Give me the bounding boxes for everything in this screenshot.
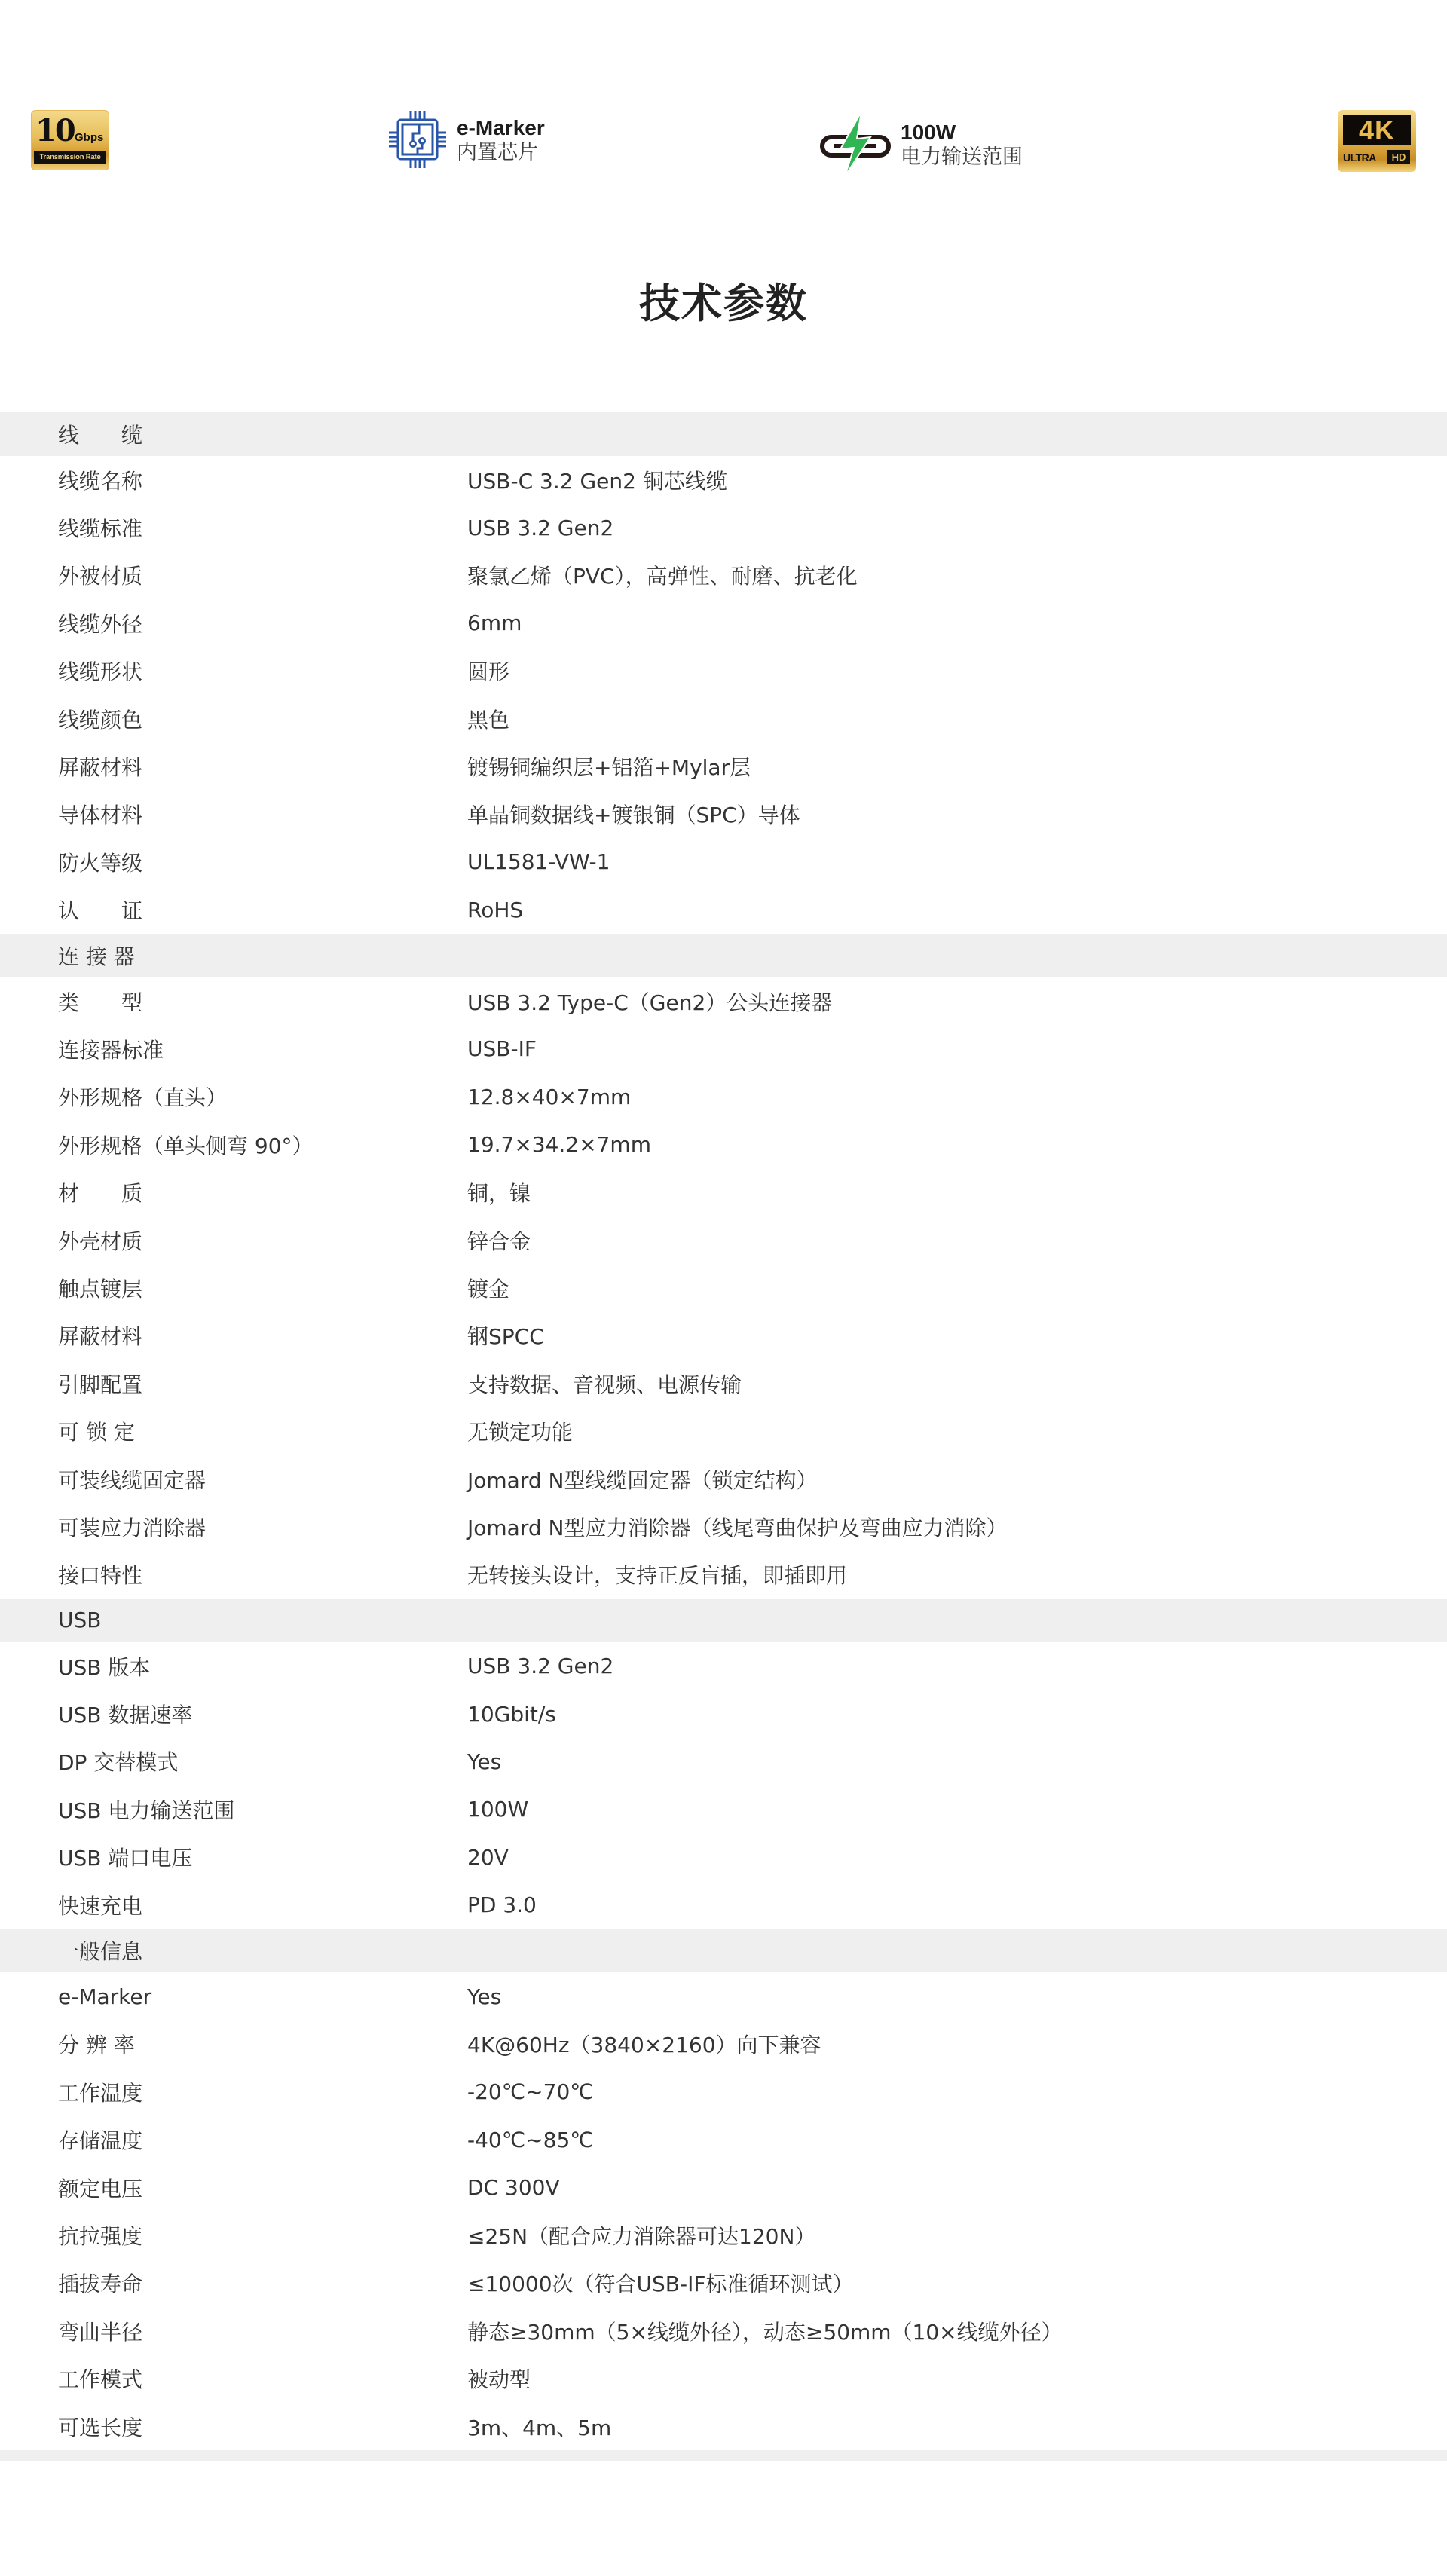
table-row: 可装线缆固定器Jomard N型线缆固定器（锁定结构） bbox=[0, 1455, 1447, 1503]
spec-value: 3m、4m、5m bbox=[467, 2412, 611, 2442]
table-row: 插拔寿命≤10000次（符合USB-IF标准循环测试） bbox=[0, 2259, 1447, 2307]
spec-value: Yes bbox=[467, 1984, 501, 2009]
charging-bolt-icon bbox=[818, 110, 893, 181]
table-row: DP 交替模式Yes bbox=[0, 1738, 1447, 1785]
table-row: 屏蔽材料镀锡铜编织层+铝箔+Mylar层 bbox=[0, 742, 1447, 790]
spec-label: 屏蔽材料 bbox=[0, 1320, 467, 1351]
spec-label: 可装应力消除器 bbox=[0, 1512, 467, 1542]
badge-4k-main: 4K bbox=[1343, 115, 1411, 145]
spec-value: 静态≥30mm（5×线缆外径），动态≥50mm（10×线缆外径） bbox=[467, 2316, 1063, 2346]
table-row: 抗拉强度≤25N（配合应力消除器可达120N） bbox=[0, 2211, 1447, 2259]
table-row: 可装应力消除器Jomard N型应力消除器（线尾弯曲保护及弯曲应力消除） bbox=[0, 1503, 1447, 1550]
spec-label: 快速充电 bbox=[0, 1890, 467, 1920]
spec-label: 材 质 bbox=[0, 1177, 467, 1207]
section-header-cable: 线 缆 bbox=[0, 412, 1447, 456]
chip-icon bbox=[386, 108, 449, 174]
spec-label: USB 端口电压 bbox=[0, 1842, 467, 1872]
spec-label: 接口特性 bbox=[0, 1559, 467, 1589]
spec-label: 线缆外径 bbox=[0, 608, 467, 638]
table-row: 线缆颜色黑色 bbox=[0, 695, 1447, 742]
spec-value: ≤10000次（符合USB-IF标准循环测试） bbox=[467, 2268, 853, 2298]
feature-power: 100W 电力输送范围 bbox=[818, 110, 1023, 181]
spec-label: 导体材料 bbox=[0, 799, 467, 829]
spec-value: 20V bbox=[467, 1845, 509, 1870]
spec-value: UL1581-VW-1 bbox=[467, 849, 610, 874]
table-row: 外形规格（单头侧弯 90°）19.7×34.2×7mm bbox=[0, 1121, 1447, 1168]
emarker-subtitle: 内置芯片 bbox=[457, 140, 545, 166]
spec-label: 引脚配置 bbox=[0, 1369, 467, 1399]
spec-value: 黑色 bbox=[467, 704, 509, 734]
spec-label: 可装线缆固定器 bbox=[0, 1464, 467, 1495]
spec-label: 插拔寿命 bbox=[0, 2268, 467, 2298]
spec-value: -20℃~70℃ bbox=[467, 2079, 594, 2104]
spec-label: DP 交替模式 bbox=[0, 1746, 467, 1776]
spec-value: 10Gbit/s bbox=[467, 1702, 556, 1727]
spec-table: 线 缆 线缆名称USB-C 3.2 Gen2 铜芯线缆 线缆标准USB 3.2 … bbox=[0, 412, 1447, 2461]
table-row: 可 锁 定无锁定功能 bbox=[0, 1407, 1447, 1455]
spec-value: 镀锡铜编织层+铝箔+Mylar层 bbox=[467, 751, 751, 782]
spec-value: USB-C 3.2 Gen2 铜芯线缆 bbox=[467, 465, 727, 495]
emarker-title: e-Marker bbox=[457, 116, 545, 140]
spec-label: 抗拉强度 bbox=[0, 2220, 467, 2250]
spec-value: 圆形 bbox=[467, 656, 509, 686]
table-row: 引脚配置支持数据、音视频、电源传输 bbox=[0, 1360, 1447, 1407]
table-row: 导体材料单晶铜数据线+镀银铜（SPC）导体 bbox=[0, 791, 1447, 838]
spec-label: 线缆标准 bbox=[0, 512, 467, 543]
feature-badges: 10 Gbps Transmission Rate bbox=[0, 0, 1447, 226]
table-row: 工作温度-20℃~70℃ bbox=[0, 2068, 1447, 2116]
badge-speed-number: 10 bbox=[35, 115, 75, 148]
spec-value: RoHS bbox=[467, 898, 523, 922]
spec-value: ≤25N（配合应力消除器可达120N） bbox=[467, 2220, 815, 2250]
table-row: 认 证RoHS bbox=[0, 886, 1447, 934]
table-row: 接口特性无转接头设计，支持正反盲插，即插即用 bbox=[0, 1551, 1447, 1599]
spec-value: 4K@60Hz（3840×2160）向下兼容 bbox=[467, 2029, 821, 2059]
spec-value: 钢SPCC bbox=[467, 1320, 544, 1351]
table-row: 线缆外径6mm bbox=[0, 599, 1447, 647]
badge-speed-unit: Gbps bbox=[75, 131, 103, 144]
page-title: 技术参数 bbox=[0, 271, 1447, 329]
table-row: 触点镀层镀金 bbox=[0, 1264, 1447, 1311]
spec-value: DC 300V bbox=[467, 2175, 560, 2200]
spec-label: 额定电压 bbox=[0, 2173, 467, 2203]
feature-emarker: e-Marker 内置芯片 bbox=[386, 108, 545, 174]
emarker-text: e-Marker 内置芯片 bbox=[457, 116, 545, 166]
spec-label: 外形规格（直头） bbox=[0, 1081, 467, 1112]
spec-label: 弯曲半径 bbox=[0, 2316, 467, 2346]
table-row: 连接器标准USB-IF bbox=[0, 1025, 1447, 1072]
spec-value: USB 3.2 Type-C（Gen2）公头连接器 bbox=[467, 987, 832, 1017]
table-row: 线缆名称USB-C 3.2 Gen2 铜芯线缆 bbox=[0, 456, 1447, 503]
table-row: 防火等级UL1581-VW-1 bbox=[0, 838, 1447, 886]
badge-speed-caption: Transmission Rate bbox=[34, 151, 106, 164]
spec-value: 支持数据、音视频、电源传输 bbox=[467, 1369, 742, 1399]
section-header-connector: 连 接 器 bbox=[0, 934, 1447, 977]
spec-value: 6mm bbox=[467, 610, 522, 635]
spec-label: 触点镀层 bbox=[0, 1273, 467, 1303]
table-row: 外形规格（直头）12.8×40×7mm bbox=[0, 1073, 1447, 1121]
table-row: 弯曲半径静态≥30mm（5×线缆外径），动态≥50mm（10×线缆外径） bbox=[0, 2307, 1447, 2354]
table-row: e-MarkerYes bbox=[0, 1972, 1447, 2020]
table-row: 外壳材质锌合金 bbox=[0, 1216, 1447, 1264]
spec-value: PD 3.0 bbox=[467, 1892, 537, 1917]
section-header-usb: USB bbox=[0, 1599, 1447, 1642]
table-row: 可选长度3m、4m、5m bbox=[0, 2403, 1447, 2450]
table-row: 存储温度-40℃~85℃ bbox=[0, 2116, 1447, 2164]
table-row: 分 辨 率4K@60Hz（3840×2160）向下兼容 bbox=[0, 2021, 1447, 2068]
spec-label: 分 辨 率 bbox=[0, 2029, 467, 2059]
spec-label: 存储温度 bbox=[0, 2125, 467, 2155]
spec-value: 单晶铜数据线+镀银铜（SPC）导体 bbox=[467, 799, 800, 829]
spec-value: 锌合金 bbox=[467, 1225, 531, 1256]
badge-4k-ultra-hd: 4K ULTRA HD bbox=[1338, 110, 1416, 172]
spec-label: 屏蔽材料 bbox=[0, 751, 467, 782]
spec-label: 外被材质 bbox=[0, 560, 467, 590]
spec-label: 认 证 bbox=[0, 895, 467, 925]
spec-label: 外形规格（单头侧弯 90°） bbox=[0, 1130, 467, 1160]
spec-label: 工作模式 bbox=[0, 2363, 467, 2394]
table-row: 工作模式被动型 bbox=[0, 2354, 1447, 2402]
table-row: USB 数据速率10Gbit/s bbox=[0, 1690, 1447, 1737]
spec-label: USB 版本 bbox=[0, 1651, 467, 1681]
power-text: 100W 电力输送范围 bbox=[901, 121, 1023, 170]
spec-label: USB 数据速率 bbox=[0, 1699, 467, 1729]
table-row: 线缆标准USB 3.2 Gen2 bbox=[0, 503, 1447, 551]
spec-label: 工作温度 bbox=[0, 2077, 467, 2107]
spec-label: 可选长度 bbox=[0, 2412, 467, 2442]
table-row: 外被材质聚氯乙烯（PVC），高弹性、耐磨、抗老化 bbox=[0, 552, 1447, 599]
table-footer-bar bbox=[0, 2450, 1447, 2461]
spec-label: 连接器标准 bbox=[0, 1034, 467, 1064]
table-row: 快速充电PD 3.0 bbox=[0, 1881, 1447, 1929]
table-row: 线缆形状圆形 bbox=[0, 647, 1447, 695]
spec-value: 100W bbox=[467, 1797, 528, 1822]
table-row: 类 型USB 3.2 Type-C（Gen2）公头连接器 bbox=[0, 977, 1447, 1025]
badge-4k-hd: HD bbox=[1387, 150, 1410, 164]
section-header-general: 一般信息 bbox=[0, 1929, 1447, 1972]
spec-label: 可 锁 定 bbox=[0, 1416, 467, 1446]
spec-label: 线缆形状 bbox=[0, 656, 467, 686]
table-row: USB 端口电压20V bbox=[0, 1834, 1447, 1881]
spec-value: Jomard N型应力消除器（线尾弯曲保护及弯曲应力消除） bbox=[467, 1512, 1007, 1542]
table-row: 材 质铜，镍 bbox=[0, 1168, 1447, 1216]
spec-label: 线缆名称 bbox=[0, 465, 467, 495]
spec-value: -40℃~85℃ bbox=[467, 2128, 594, 2152]
spec-value: Jomard N型线缆固定器（锁定结构） bbox=[467, 1464, 817, 1495]
spec-value: 聚氯乙烯（PVC），高弹性、耐磨、抗老化 bbox=[467, 560, 858, 590]
spec-label: 类 型 bbox=[0, 987, 467, 1017]
spec-value: USB 3.2 Gen2 bbox=[467, 516, 613, 540]
badge-10gbps: 10 Gbps Transmission Rate bbox=[31, 110, 109, 170]
table-row: 额定电压DC 300V bbox=[0, 2164, 1447, 2211]
spec-value: 无锁定功能 bbox=[467, 1416, 573, 1446]
spec-label: e-Marker bbox=[0, 1984, 467, 2009]
spec-value: Yes bbox=[467, 1749, 501, 1774]
table-row: 屏蔽材料钢SPCC bbox=[0, 1312, 1447, 1360]
spec-label: USB 电力输送范围 bbox=[0, 1794, 467, 1825]
spec-label: 防火等级 bbox=[0, 847, 467, 877]
table-row: USB 版本USB 3.2 Gen2 bbox=[0, 1642, 1447, 1690]
spec-value: 无转接头设计，支持正反盲插，即插即用 bbox=[467, 1559, 847, 1589]
spec-value: 铜，镍 bbox=[467, 1177, 531, 1207]
spec-value: 19.7×34.2×7mm bbox=[467, 1132, 651, 1157]
table-row: USB 电力输送范围100W bbox=[0, 1785, 1447, 1833]
spec-value: USB-IF bbox=[467, 1036, 537, 1061]
spec-value: 镀金 bbox=[467, 1273, 509, 1303]
spec-value: USB 3.2 Gen2 bbox=[467, 1654, 613, 1678]
badge-4k-ultra: ULTRA bbox=[1343, 151, 1376, 164]
power-subtitle: 电力输送范围 bbox=[901, 145, 1023, 170]
power-title: 100W bbox=[901, 121, 1023, 145]
spec-label: 线缆颜色 bbox=[0, 704, 467, 734]
spec-label: 外壳材质 bbox=[0, 1225, 467, 1256]
spec-value: 12.8×40×7mm bbox=[467, 1085, 631, 1109]
spec-value: 被动型 bbox=[467, 2363, 531, 2394]
